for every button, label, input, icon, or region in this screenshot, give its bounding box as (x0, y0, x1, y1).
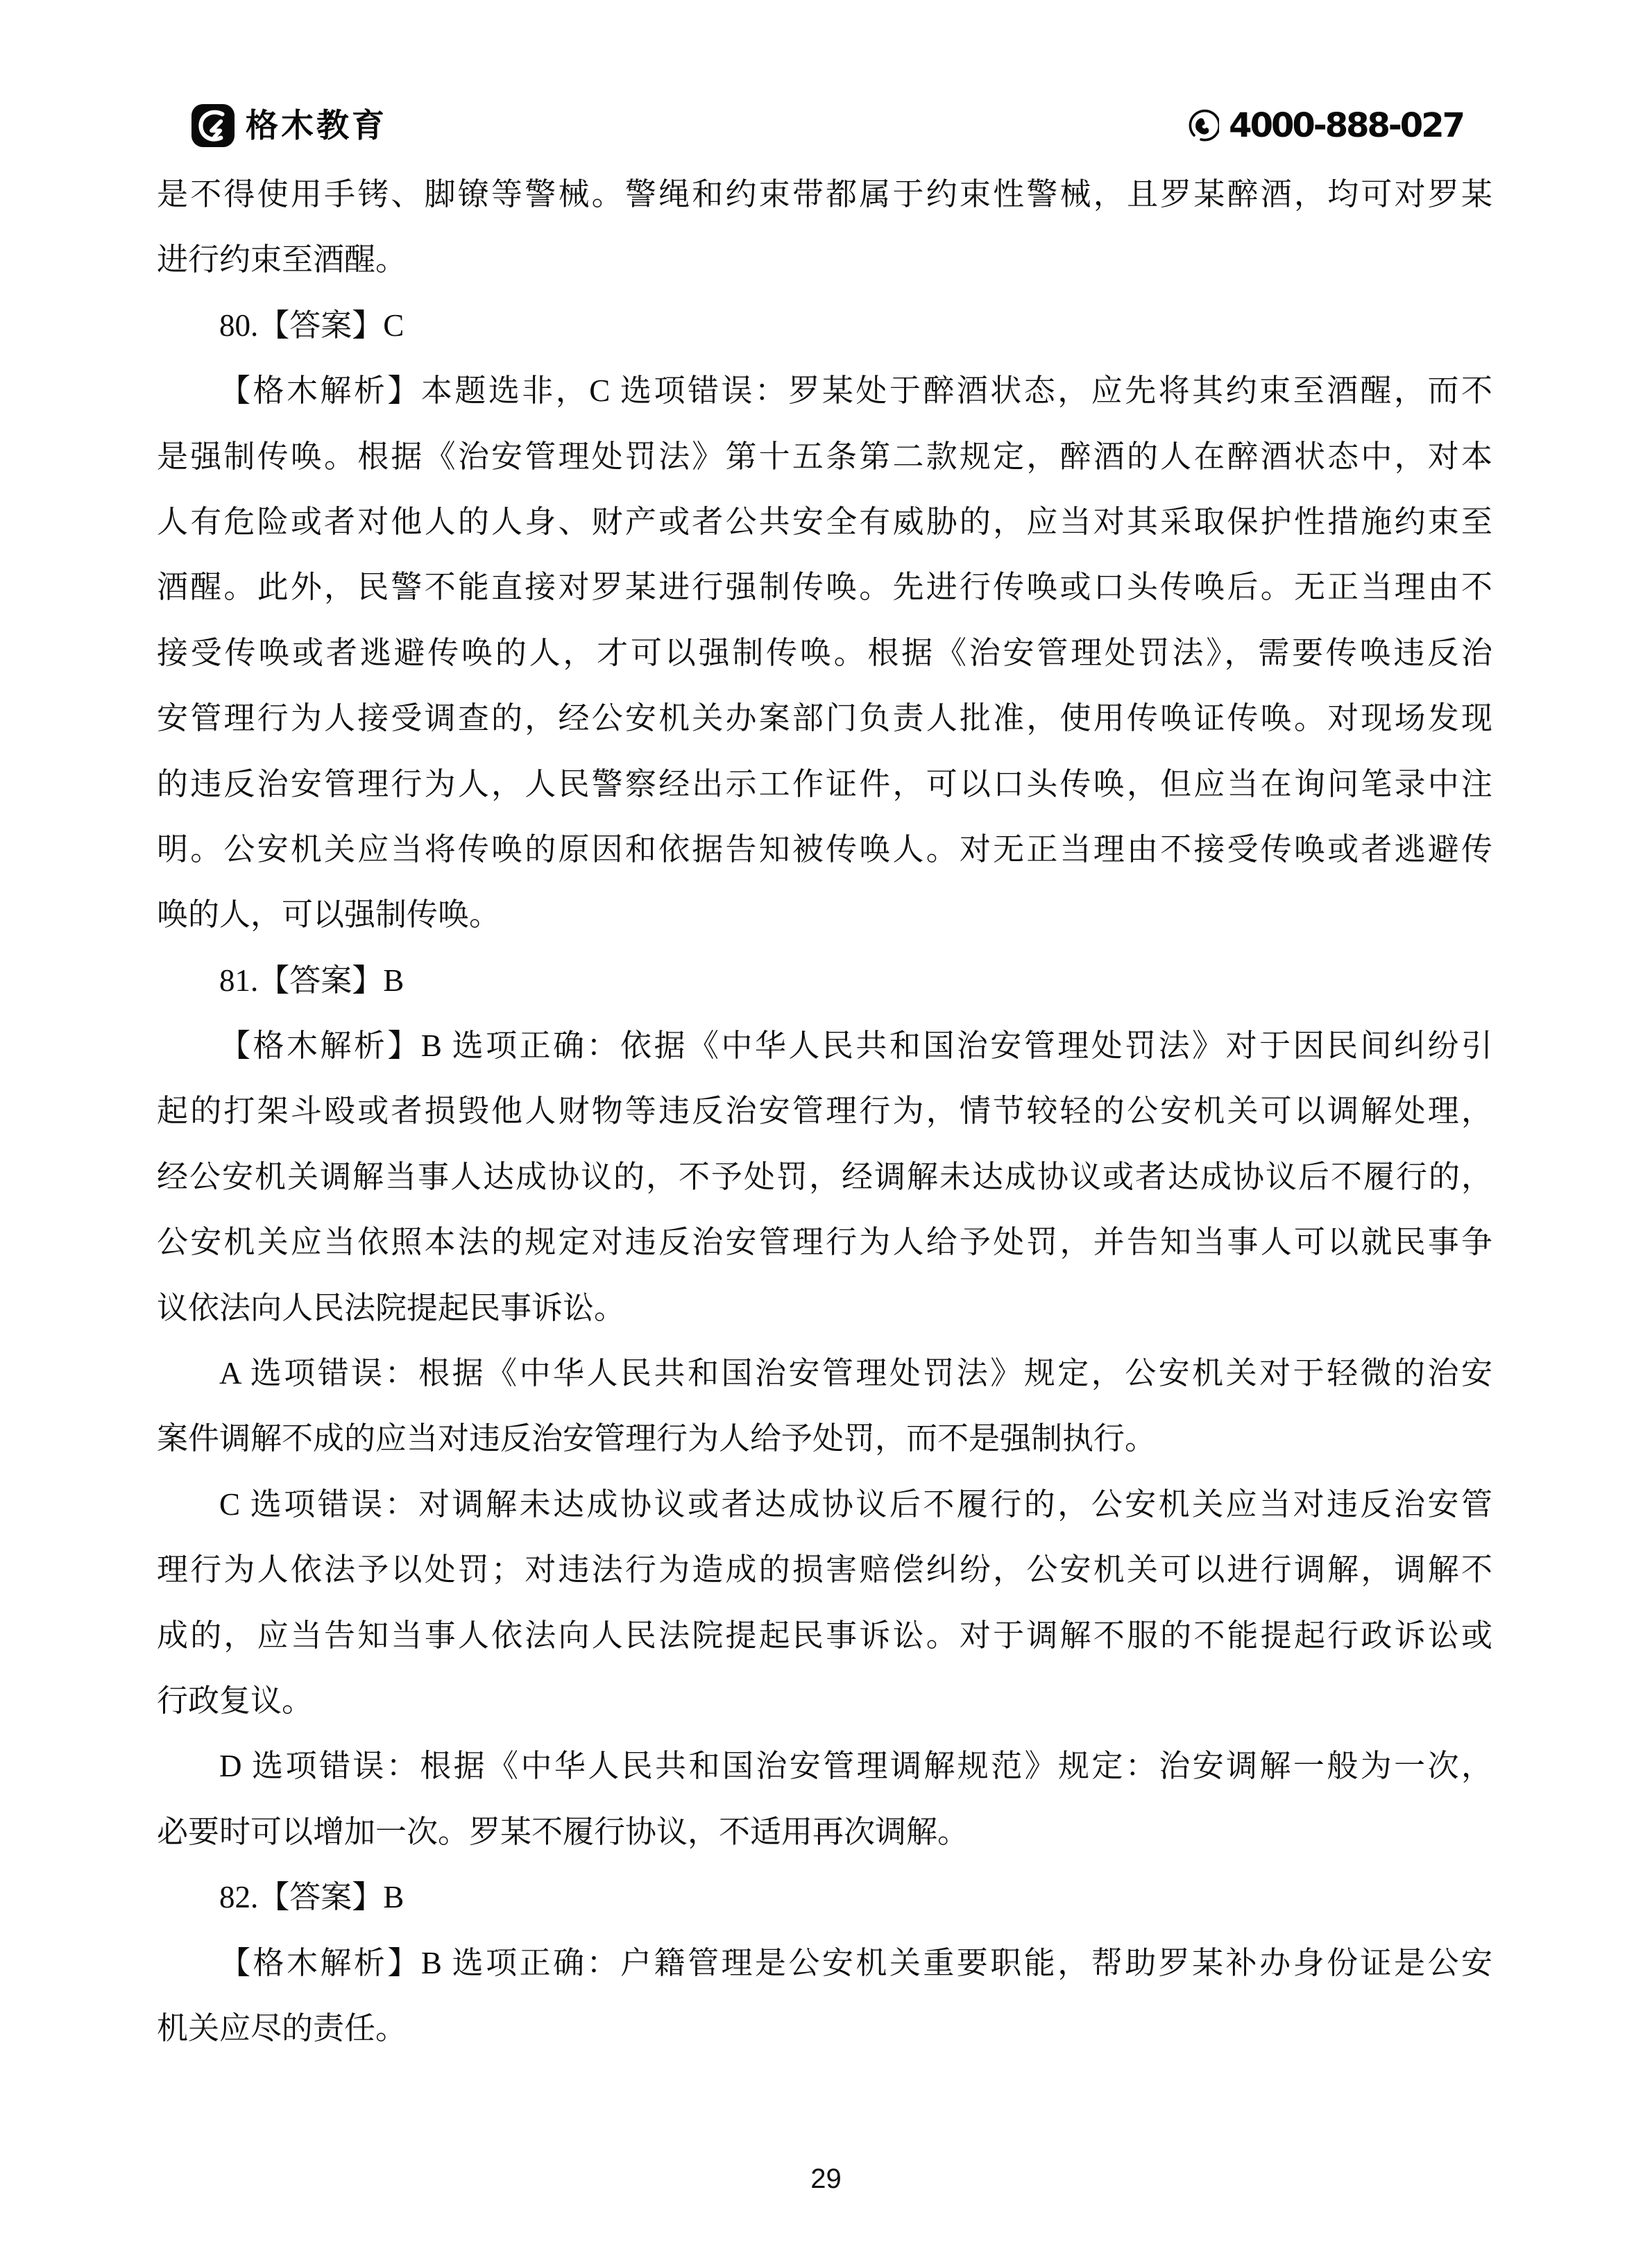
text-line: 接受传唤或者逃避传唤的人，才可以强制传唤。根据《治安管理处罚法》，需要传唤违反治 (157, 620, 1492, 686)
text-line: 【格木解析】本题选非，C 选项错误：罗某处于醉酒状态，应先将其约束至酒醒，而不 (157, 358, 1492, 423)
text-line: 行政复议。 (157, 1668, 1492, 1733)
text-line: 酒醒。此外，民警不能直接对罗某进行强制传唤。先进行传唤或口头传唤后。无正当理由不 (157, 554, 1492, 620)
text-line: 80.【答案】C (157, 293, 1492, 358)
gemu-logo-icon (191, 104, 235, 147)
text-line: D 选项错误：根据《中华人民共和国治安管理调解规范》规定：治安调解一般为一次， (157, 1733, 1492, 1799)
phone-group: 4000-888-027 (1186, 105, 1463, 146)
text-line: 成的，应当告知当事人依法向人民法院提起民事诉讼。对于调解不服的不能提起行政诉讼或 (157, 1603, 1492, 1668)
text-line: 81.【答案】B (157, 948, 1492, 1013)
text-line: 【格木解析】B 选项正确：依据《中华人民共和国治安管理处罚法》对于因民间纠纷引 (157, 1013, 1492, 1078)
text-line: A 选项错误：根据《中华人民共和国治安管理处罚法》规定，公安机关对于轻微的治安 (157, 1341, 1492, 1406)
phone-number: 4000-888-027 (1229, 105, 1463, 146)
text-line: C 选项错误：对调解未达成协议或者达成协议后不履行的，公安机关应当对违反治安管 (157, 1472, 1492, 1537)
text-line: 必要时可以增加一次。罗某不履行协议，不适用再次调解。 (157, 1799, 1492, 1865)
text-line: 唤的人，可以强制传唤。 (157, 882, 1492, 947)
text-line: 案件调解不成的应当对违反治安管理行为人给予处罚，而不是强制执行。 (157, 1406, 1492, 1471)
text-line: 的违反治安管理行为人，人民警察经出示工作证件，可以口头传唤，但应当在询问笔录中注 (157, 751, 1492, 817)
document-page: 格木教育 4000-888-027 是不得使用手铐、脚镣等警械。警绳和约束带都属… (0, 0, 1652, 2242)
text-line: 机关应尽的责任。 (157, 1996, 1492, 2061)
page-header: 格木教育 4000-888-027 (0, 0, 1652, 167)
text-line: 安管理行为人接受调查的，经公安机关办案部门负责人批准，使用传唤证传唤。对现场发现 (157, 686, 1492, 751)
brand-name: 格木教育 (246, 104, 387, 147)
text-line: 进行约束至酒醒。 (157, 227, 1492, 292)
text-line: 理行为人依法予以处罚；对违法行为造成的损害赔偿纠纷，公安机关可以进行调解，调解不 (157, 1537, 1492, 1602)
text-line: 【格木解析】B 选项正确：户籍管理是公安机关重要职能，帮助罗某补办身份证是公安 (157, 1930, 1492, 1996)
text-line: 起的打架斗殴或者损毁他人财物等违反治安管理行为，情节较轻的公安机关可以调解处理， (157, 1078, 1492, 1144)
text-line: 议依法向人民法院提起民事诉讼。 (157, 1275, 1492, 1341)
brand-logo: 格木教育 (191, 104, 387, 147)
text-line: 明。公安机关应当将传唤的原因和依据告知被传唤人。对无正当理由不接受传唤或者逃避传 (157, 817, 1492, 882)
text-line: 公安机关应当依照本法的规定对违反治安管理行为人给予处罚，并告知当事人可以就民事争 (157, 1209, 1492, 1275)
text-line: 经公安机关调解当事人达成协议的，不予处罚，经调解未达成协议或者达成协议后不履行的… (157, 1144, 1492, 1209)
document-body: 是不得使用手铐、脚镣等警械。警绳和约束带都属于约束性警械，且罗某醉酒，均可对罗某… (157, 162, 1492, 2061)
text-line: 人有危险或者对他人的人身、财产或者公共安全有威胁的，应当对其采取保护性措施约束至 (157, 489, 1492, 554)
phone-icon (1186, 109, 1219, 142)
text-line: 是不得使用手铐、脚镣等警械。警绳和约束带都属于约束性警械，且罗某醉酒，均可对罗某 (157, 162, 1492, 227)
text-line: 82.【答案】B (157, 1865, 1492, 1930)
page-footer: 29 (0, 2164, 1652, 2195)
text-line: 是强制传唤。根据《治安管理处罚法》第十五条第二款规定，醉酒的人在醉酒状态中，对本 (157, 424, 1492, 489)
page-number: 29 (810, 2164, 842, 2194)
